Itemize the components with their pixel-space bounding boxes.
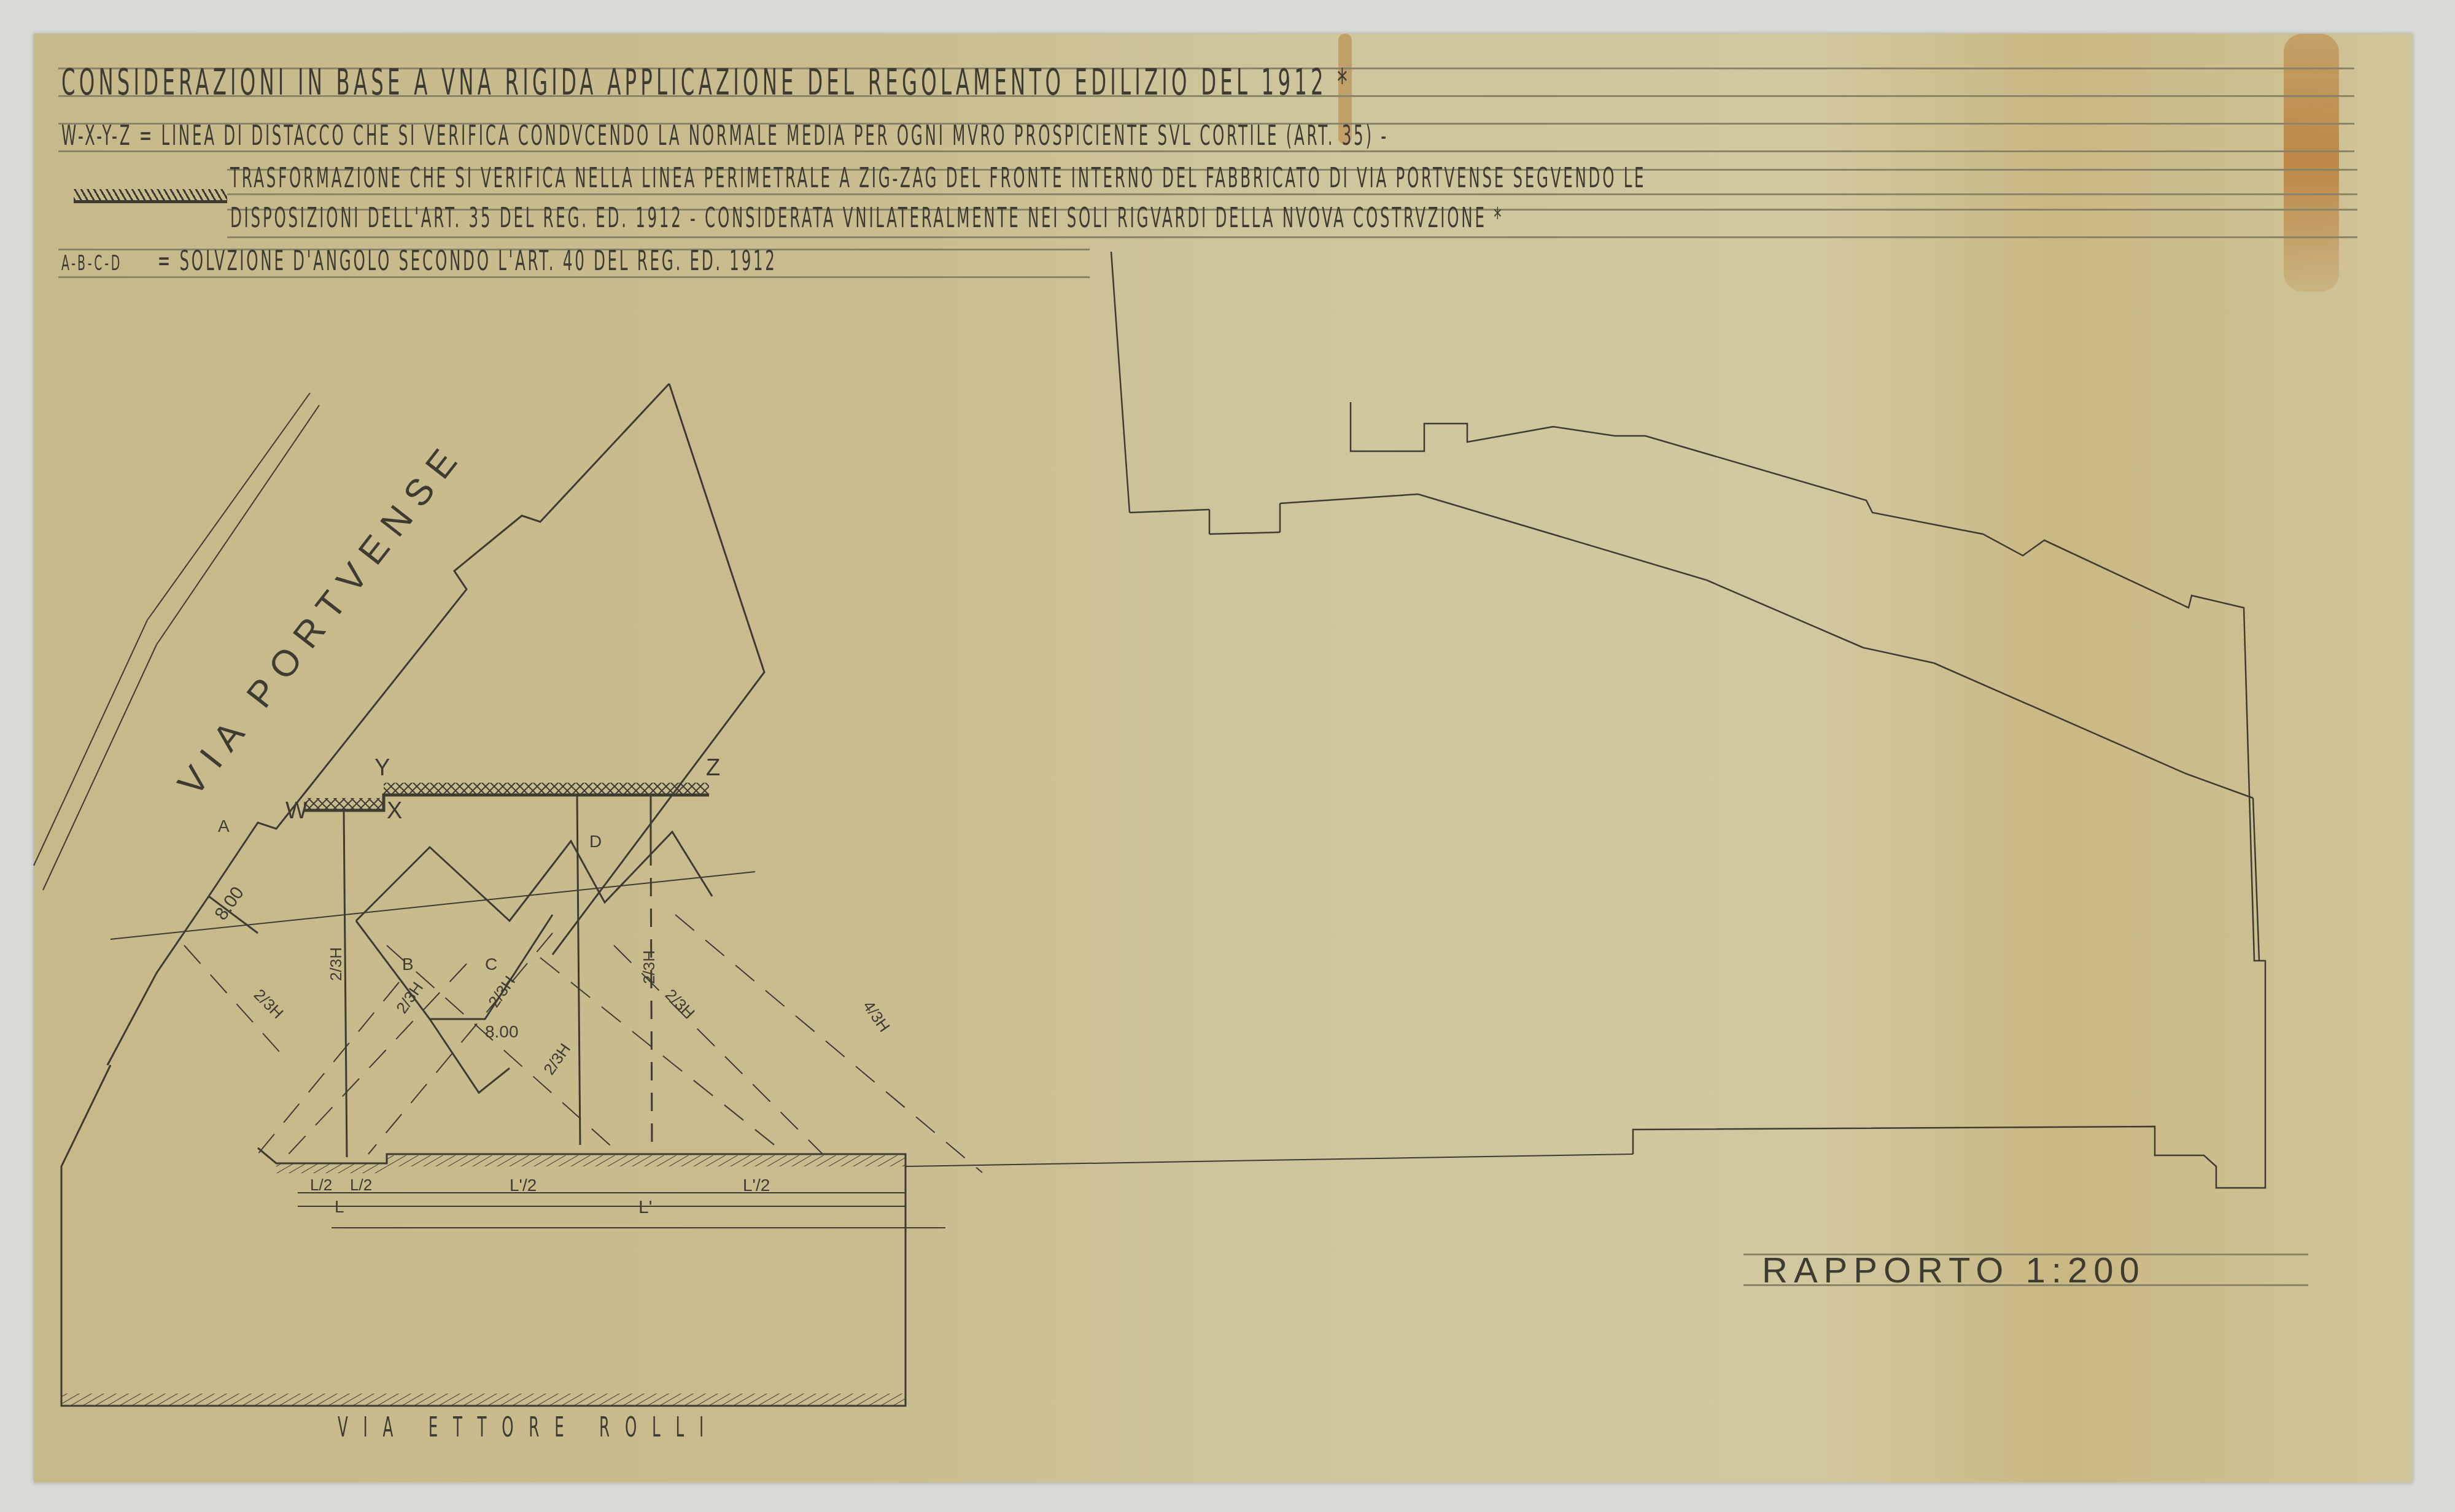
point-label-w: W (285, 798, 308, 824)
point-label-z: Z (706, 755, 720, 781)
dim-l-half: L/2 (350, 1176, 372, 1195)
dim-l-prime-half: L'/2 (743, 1176, 770, 1195)
ratio-label: 2/3H (327, 947, 346, 981)
point-label-x: X (387, 798, 402, 824)
point-label-b: B (402, 955, 414, 974)
dim-l-prime-half: L'/2 (510, 1176, 537, 1195)
point-label-c: C (485, 955, 497, 974)
point-label-d: D (589, 832, 602, 851)
street-label-via-ettore-rolli: VIA ETTORE ROLLI (338, 1412, 719, 1443)
scale-label: RAPPORTO 1:200 (1762, 1250, 2146, 1291)
dim-l-half: L/2 (310, 1176, 332, 1195)
ratio-label: 2/3H (640, 950, 659, 984)
dimension-8m-b: 8.00 (485, 1022, 519, 1042)
dim-l-prime: L' (638, 1197, 652, 1218)
point-label-a: A (218, 816, 230, 836)
dim-l: L (335, 1197, 344, 1217)
point-label-y: Y (374, 755, 390, 781)
